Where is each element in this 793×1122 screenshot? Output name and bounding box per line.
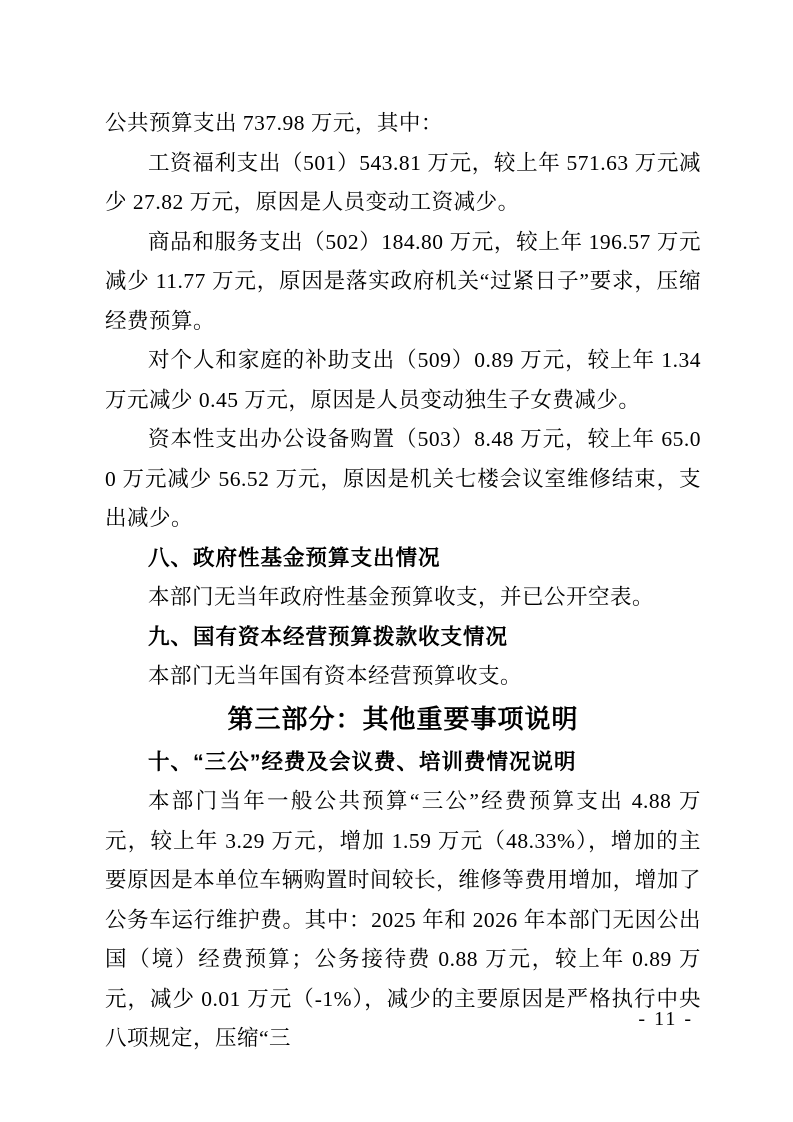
- paragraph-no-state-capital-budget: 本部门无当年国有资本经营预算收支。: [105, 657, 701, 697]
- section-heading-9-state-capital: 九、国有资本经营预算拨款收支情况: [105, 618, 701, 658]
- page-number: - 11 -: [638, 1008, 693, 1031]
- paragraph-budget-expense-total: 公共预算支出 737.98 万元，其中：: [105, 104, 701, 144]
- paragraph-wage-welfare-expense: 工资福利支出（501）543.81 万元，较上年 571.63 万元减少 27.…: [105, 144, 701, 223]
- paragraph-individual-family-subsidy: 对个人和家庭的补助支出（509）0.89 万元，较上年 1.34 万元减少 0.…: [105, 341, 701, 420]
- section-heading-10-three-public-funds: 十、“三公”经费及会议费、培训费情况说明: [105, 743, 701, 783]
- document-body: 公共预算支出 737.98 万元，其中： 工资福利支出（501）543.81 万…: [105, 104, 701, 1059]
- paragraph-three-public-funds-detail: 本部门当年一般公共预算“三公”经费预算支出 4.88 万元，较上年 3.29 万…: [105, 782, 701, 1059]
- paragraph-capital-expense: 资本性支出办公设备购置（503）8.48 万元，较上年 65.00 万元减少 5…: [105, 420, 701, 539]
- part-title-other-important-matters: 第三部分：其他重要事项说明: [105, 697, 701, 743]
- paragraph-no-gov-fund-budget: 本部门无当年政府性基金预算收支，并已公开空表。: [105, 578, 701, 618]
- section-heading-8-gov-fund-budget: 八、政府性基金预算支出情况: [105, 539, 701, 579]
- document-page: 公共预算支出 737.98 万元，其中： 工资福利支出（501）543.81 万…: [0, 0, 793, 1122]
- paragraph-goods-services-expense: 商品和服务支出（502）184.80 万元，较上年 196.57 万元减少 11…: [105, 223, 701, 342]
